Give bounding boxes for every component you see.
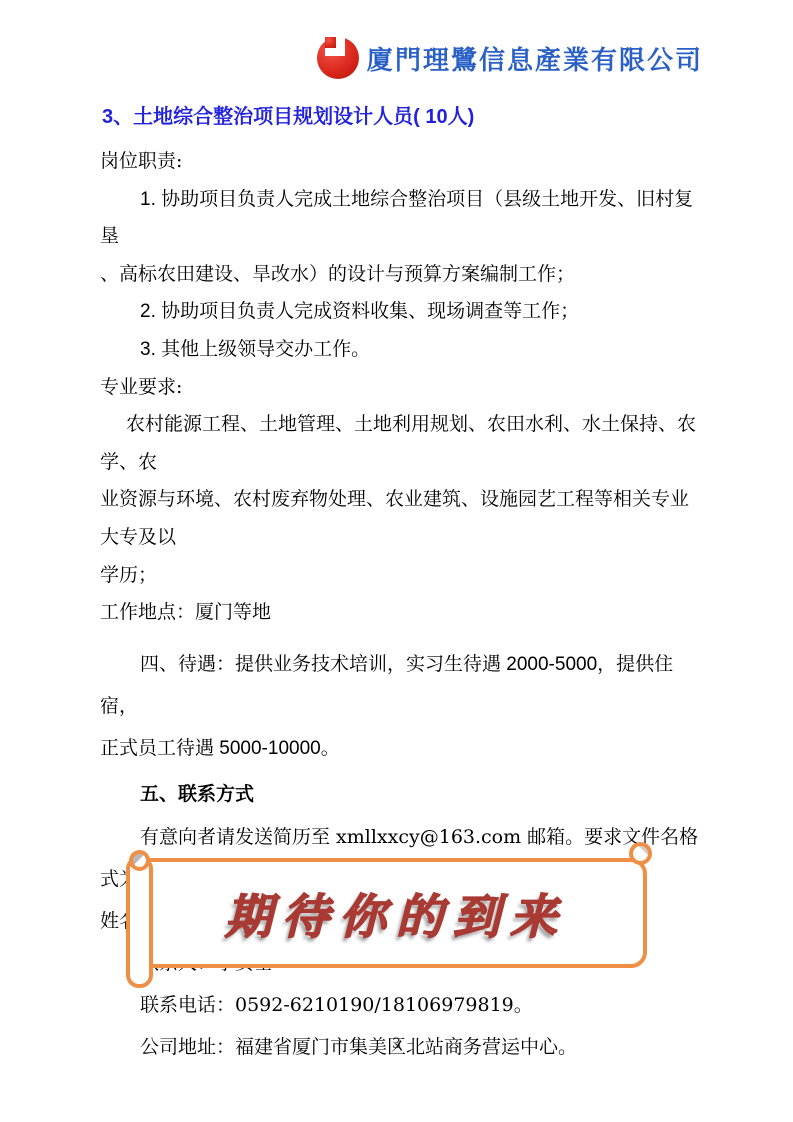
major-line-3: 学历； <box>100 557 704 595</box>
page-number: 3 <box>0 1036 793 1052</box>
scroll-body: 期待你的到来 <box>135 858 647 968</box>
company-logo-icon <box>316 36 360 80</box>
duty-item-1-line1: 1. 协助项目负责人完成土地综合整治项目（县级土地开发、旧村复垦 <box>100 181 704 256</box>
scroll-curl-left-icon <box>129 850 150 871</box>
scroll-curl-right-icon <box>629 842 652 865</box>
major-line-1: 农村能源工程、土地管理、土地利用规划、农田水利、水土保持、农学、农 <box>100 406 704 481</box>
company-header: 廈門理鷺信息產業有限公司 <box>316 36 703 80</box>
contact-heading: 五、联系方式 <box>100 774 704 816</box>
welcome-scroll-banner: 期待你的到来 <box>126 842 658 992</box>
salary-line-2: 正式员工待遇 5000-10000。 <box>100 728 704 770</box>
banner-text: 期待你的到来 <box>215 880 567 947</box>
duty-item-3: 3. 其他上级领导交办工作。 <box>100 331 704 369</box>
duty-item-2: 2. 协助项目负责人完成资料收集、现场调查等工作； <box>100 293 704 331</box>
major-label: 专业要求: <box>100 369 704 407</box>
company-name: 廈門理鷺信息產業有限公司 <box>367 40 703 77</box>
scroll-left-roll <box>126 856 153 988</box>
salary-line-1: 四、待遇：提供业务技术培训，实习生待遇 2000-5000，提供住宿， <box>100 644 704 728</box>
document-page: 廈門理鷺信息產業有限公司 3、土地综合整治项目规划设计人员( 10人) 岗位职责… <box>0 0 793 1122</box>
work-location: 工作地点：厦门等地 <box>100 594 704 632</box>
job-section-title: 3、土地综合整治项目规划设计人员( 10人) <box>102 103 704 131</box>
major-line-2: 业资源与环境、农村废弃物处理、农业建筑、设施园艺工程等相关专业大专及以 <box>100 481 704 556</box>
duty-label: 岗位职责: <box>100 143 704 181</box>
duty-item-1-line2: 、高标农田建设、旱改水）的设计与预算方案编制工作； <box>100 256 704 294</box>
